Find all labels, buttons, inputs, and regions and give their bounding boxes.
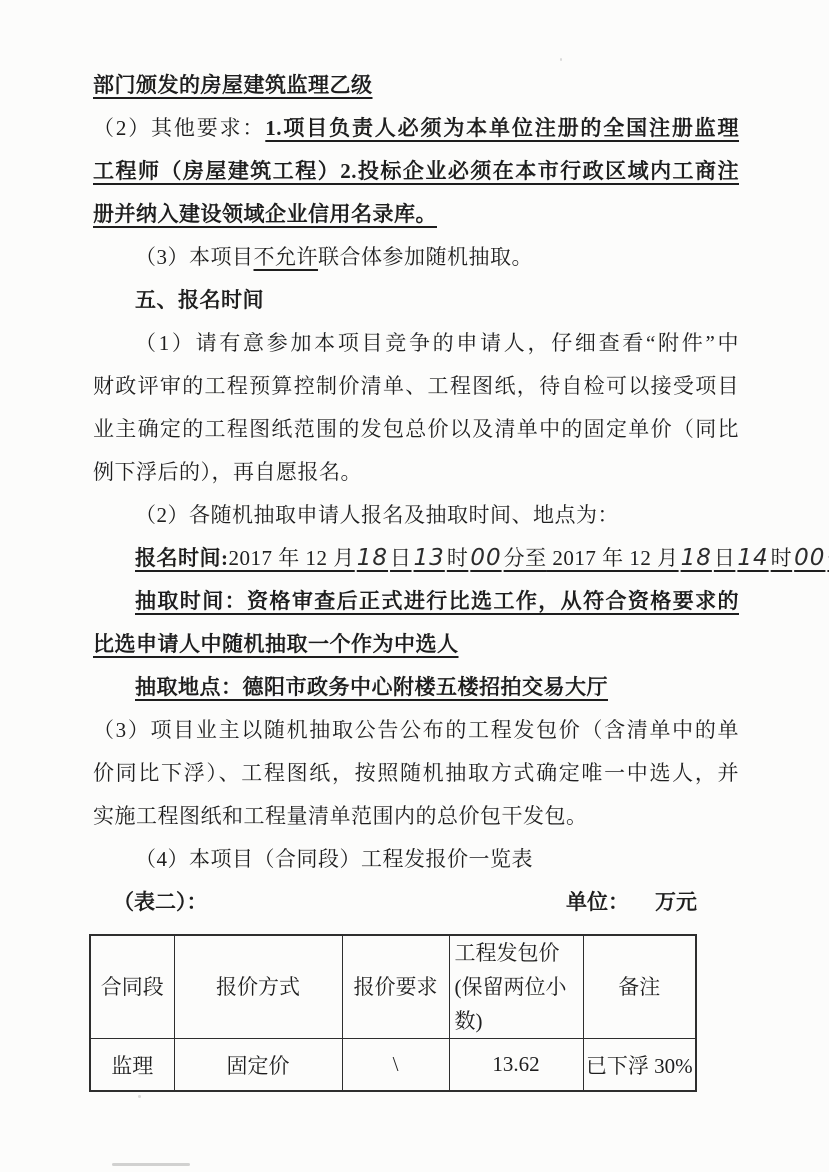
signup-time-label: 报名时间: (135, 546, 229, 570)
price-table: 合同段 报价方式 报价要求 工程发包价(保留两位小数) 备注 监理 固定价 \ … (89, 934, 697, 1092)
handwritten-minute-2: 00 (792, 545, 827, 571)
signup-time-line: 报名时间:2017 年 12 月18日13时00分至 2017 年 12 月18… (93, 537, 739, 580)
header-contract-section: 合同段 (90, 935, 174, 1039)
other-req-underlined-3: 册并纳入建设领域企业信用名录库。 (93, 202, 437, 226)
cell-remark: 已下浮 30% (583, 1039, 696, 1092)
signup-notice-text-3: 业主确定的工程图纸范围的发包总价以及清单中的固定单价（同比 (93, 417, 739, 441)
date-printed-day-char-1: 日 (390, 546, 412, 570)
draw-time-line2: 比选申请人中随机抽取一个作为中选人 (93, 623, 739, 666)
para-other-requirements-line3: 册并纳入建设领域企业信用名录库。 (93, 193, 739, 236)
draw-time-text-2: 比选申请人中随机抽取一个作为中选人 (93, 632, 459, 656)
signup-notice-text-1: （1）请有意参加本项目竞争的申请人，仔细查看“附件”中 (135, 331, 739, 355)
handwritten-day-2: 18 (679, 545, 714, 571)
date-printed-hour-char-2: 时 (771, 546, 793, 570)
table-caption: （表二）： (113, 881, 208, 924)
cell-contract-price: 13.62 (449, 1039, 583, 1092)
section-five-title: 五、报名时间 (135, 288, 264, 312)
handwritten-hour-1: 13 (412, 545, 447, 571)
para-signup-notice-line2: 财政评审的工程预算控制价清单、工程图纸，待自检可以接受项目 (93, 365, 739, 408)
draw-arrangement-text: （2）各随机抽取申请人报名及抽取时间、地点为： (135, 503, 619, 527)
cell-quote-requirement: \ (342, 1039, 449, 1092)
para-signup-notice-line3: 业主确定的工程图纸范围的发包总价以及清单中的固定单价（同比 (93, 408, 739, 451)
draw-time-text-1: 抽取时间：资格审查后正式进行比选工作，从符合资格要求的 (135, 589, 739, 613)
scan-speck (705, 735, 708, 739)
no-consortium-prefix: （3）本项目 (135, 245, 254, 269)
para-signup-notice-line4: 例下浮后的），再自愿报名。 (93, 451, 739, 494)
header-contract-price: 工程发包价(保留两位小数) (449, 935, 583, 1039)
cell-contract-section: 监理 (90, 1039, 174, 1092)
award-method-text-3: 实施工程图纸和工程量清单范围内的总价包干发包。 (93, 804, 588, 828)
para-award-method-line2: 价同比下浮）、工程图纸，按照随机抽取方式确定唯一中选人，并 (93, 752, 739, 795)
date-printed-to: 分至 (504, 546, 547, 570)
cert-level-text: 部门颁发的房屋建筑监理乙级 (93, 73, 373, 97)
handwritten-minute-1: 00 (468, 545, 503, 571)
scan-speck (138, 1095, 141, 1098)
draw-place-line: 抽取地点：德阳市政务中心附楼五楼招拍交易大厅 (93, 666, 739, 709)
other-req-prefix: （2）其他要求： (93, 116, 265, 140)
para-cert-level: 部门颁发的房屋建筑监理乙级 (93, 64, 739, 107)
unit-indicator: 单位：万元 (566, 881, 739, 924)
signup-notice-text-4: 例下浮后的），再自愿报名。 (93, 460, 362, 484)
other-req-underlined-2: 工程师（房屋建筑工程）2.投标企业必须在本市行政区域内工商注 (93, 159, 739, 183)
handwritten-day-1: 18 (355, 545, 390, 571)
date-printed-2: 2017 年 12 月 (547, 546, 679, 570)
draw-time-line1: 抽取时间：资格审查后正式进行比选工作，从符合资格要求的 (93, 580, 739, 623)
no-consortium-suffix: 联合体参加随机抽取。 (318, 245, 533, 269)
header-remark: 备注 (583, 935, 696, 1039)
price-table-intro-text: （4）本项目（合同段）工程发报价一览表 (135, 847, 533, 871)
cell-quote-method: 固定价 (174, 1039, 342, 1092)
para-other-requirements-line1: （2）其他要求：1.项目负责人必须为本单位注册的全国注册监理 (93, 107, 739, 150)
para-price-table-intro: （4）本项目（合同段）工程发报价一览表 (93, 838, 739, 881)
date-printed-1: 2017 年 12 月 (229, 546, 355, 570)
unit-label: 单位： (566, 890, 629, 914)
scan-speck (560, 58, 562, 61)
para-award-method-line3: 实施工程图纸和工程量清单范围内的总价包干发包。 (93, 795, 739, 838)
not-allowed-underlined: 不允许 (254, 245, 319, 269)
para-draw-arrangement: （2）各随机抽取申请人报名及抽取时间、地点为： (93, 494, 739, 537)
unit-value: 万元 (655, 890, 697, 914)
scan-smudge (112, 1163, 190, 1166)
table-caption-row: （表二）： 单位：万元 (93, 881, 739, 924)
other-req-underlined-1: 1.项目负责人必须为本单位注册的全国注册监理 (265, 116, 739, 140)
section-heading-signup-time: 五、报名时间 (93, 279, 739, 322)
signup-time-underlined: 报名时间:2017 年 12 月18日13时00分至 2017 年 12 月18… (135, 546, 829, 570)
table-data-row: 监理 固定价 \ 13.62 已下浮 30% (90, 1039, 696, 1092)
award-method-text-1: （3）项目业主以随机抽取公告公布的工程发包价（含清单中的单 (93, 718, 739, 742)
para-other-requirements-line2: 工程师（房屋建筑工程）2.投标企业必须在本市行政区域内工商注 (93, 150, 739, 193)
header-quote-requirement: 报价要求 (342, 935, 449, 1039)
scanned-document-page: 部门颁发的房屋建筑监理乙级 （2）其他要求：1.项目负责人必须为本单位注册的全国… (0, 0, 829, 1172)
document-body: 部门颁发的房屋建筑监理乙级 （2）其他要求：1.项目负责人必须为本单位注册的全国… (93, 64, 739, 1092)
scan-speck (516, 176, 519, 179)
handwritten-hour-2: 14 (735, 545, 770, 571)
date-printed-hour-char-1: 时 (447, 546, 469, 570)
header-quote-method: 报价方式 (174, 935, 342, 1039)
draw-place-text: 抽取地点：德阳市政务中心附楼五楼招拍交易大厅 (135, 675, 608, 699)
para-no-consortium: （3）本项目不允许联合体参加随机抽取。 (93, 236, 739, 279)
para-signup-notice-line1: （1）请有意参加本项目竞争的申请人，仔细查看“附件”中 (93, 322, 739, 365)
date-printed-day-char-2: 日 (714, 546, 736, 570)
para-award-method-line1: （3）项目业主以随机抽取公告公布的工程发包价（含清单中的单 (93, 709, 739, 752)
award-method-text-2: 价同比下浮）、工程图纸，按照随机抽取方式确定唯一中选人，并 (93, 761, 739, 785)
table-header-row: 合同段 报价方式 报价要求 工程发包价(保留两位小数) 备注 (90, 935, 696, 1039)
signup-notice-text-2: 财政评审的工程预算控制价清单、工程图纸，待自检可以接受项目 (93, 374, 739, 398)
